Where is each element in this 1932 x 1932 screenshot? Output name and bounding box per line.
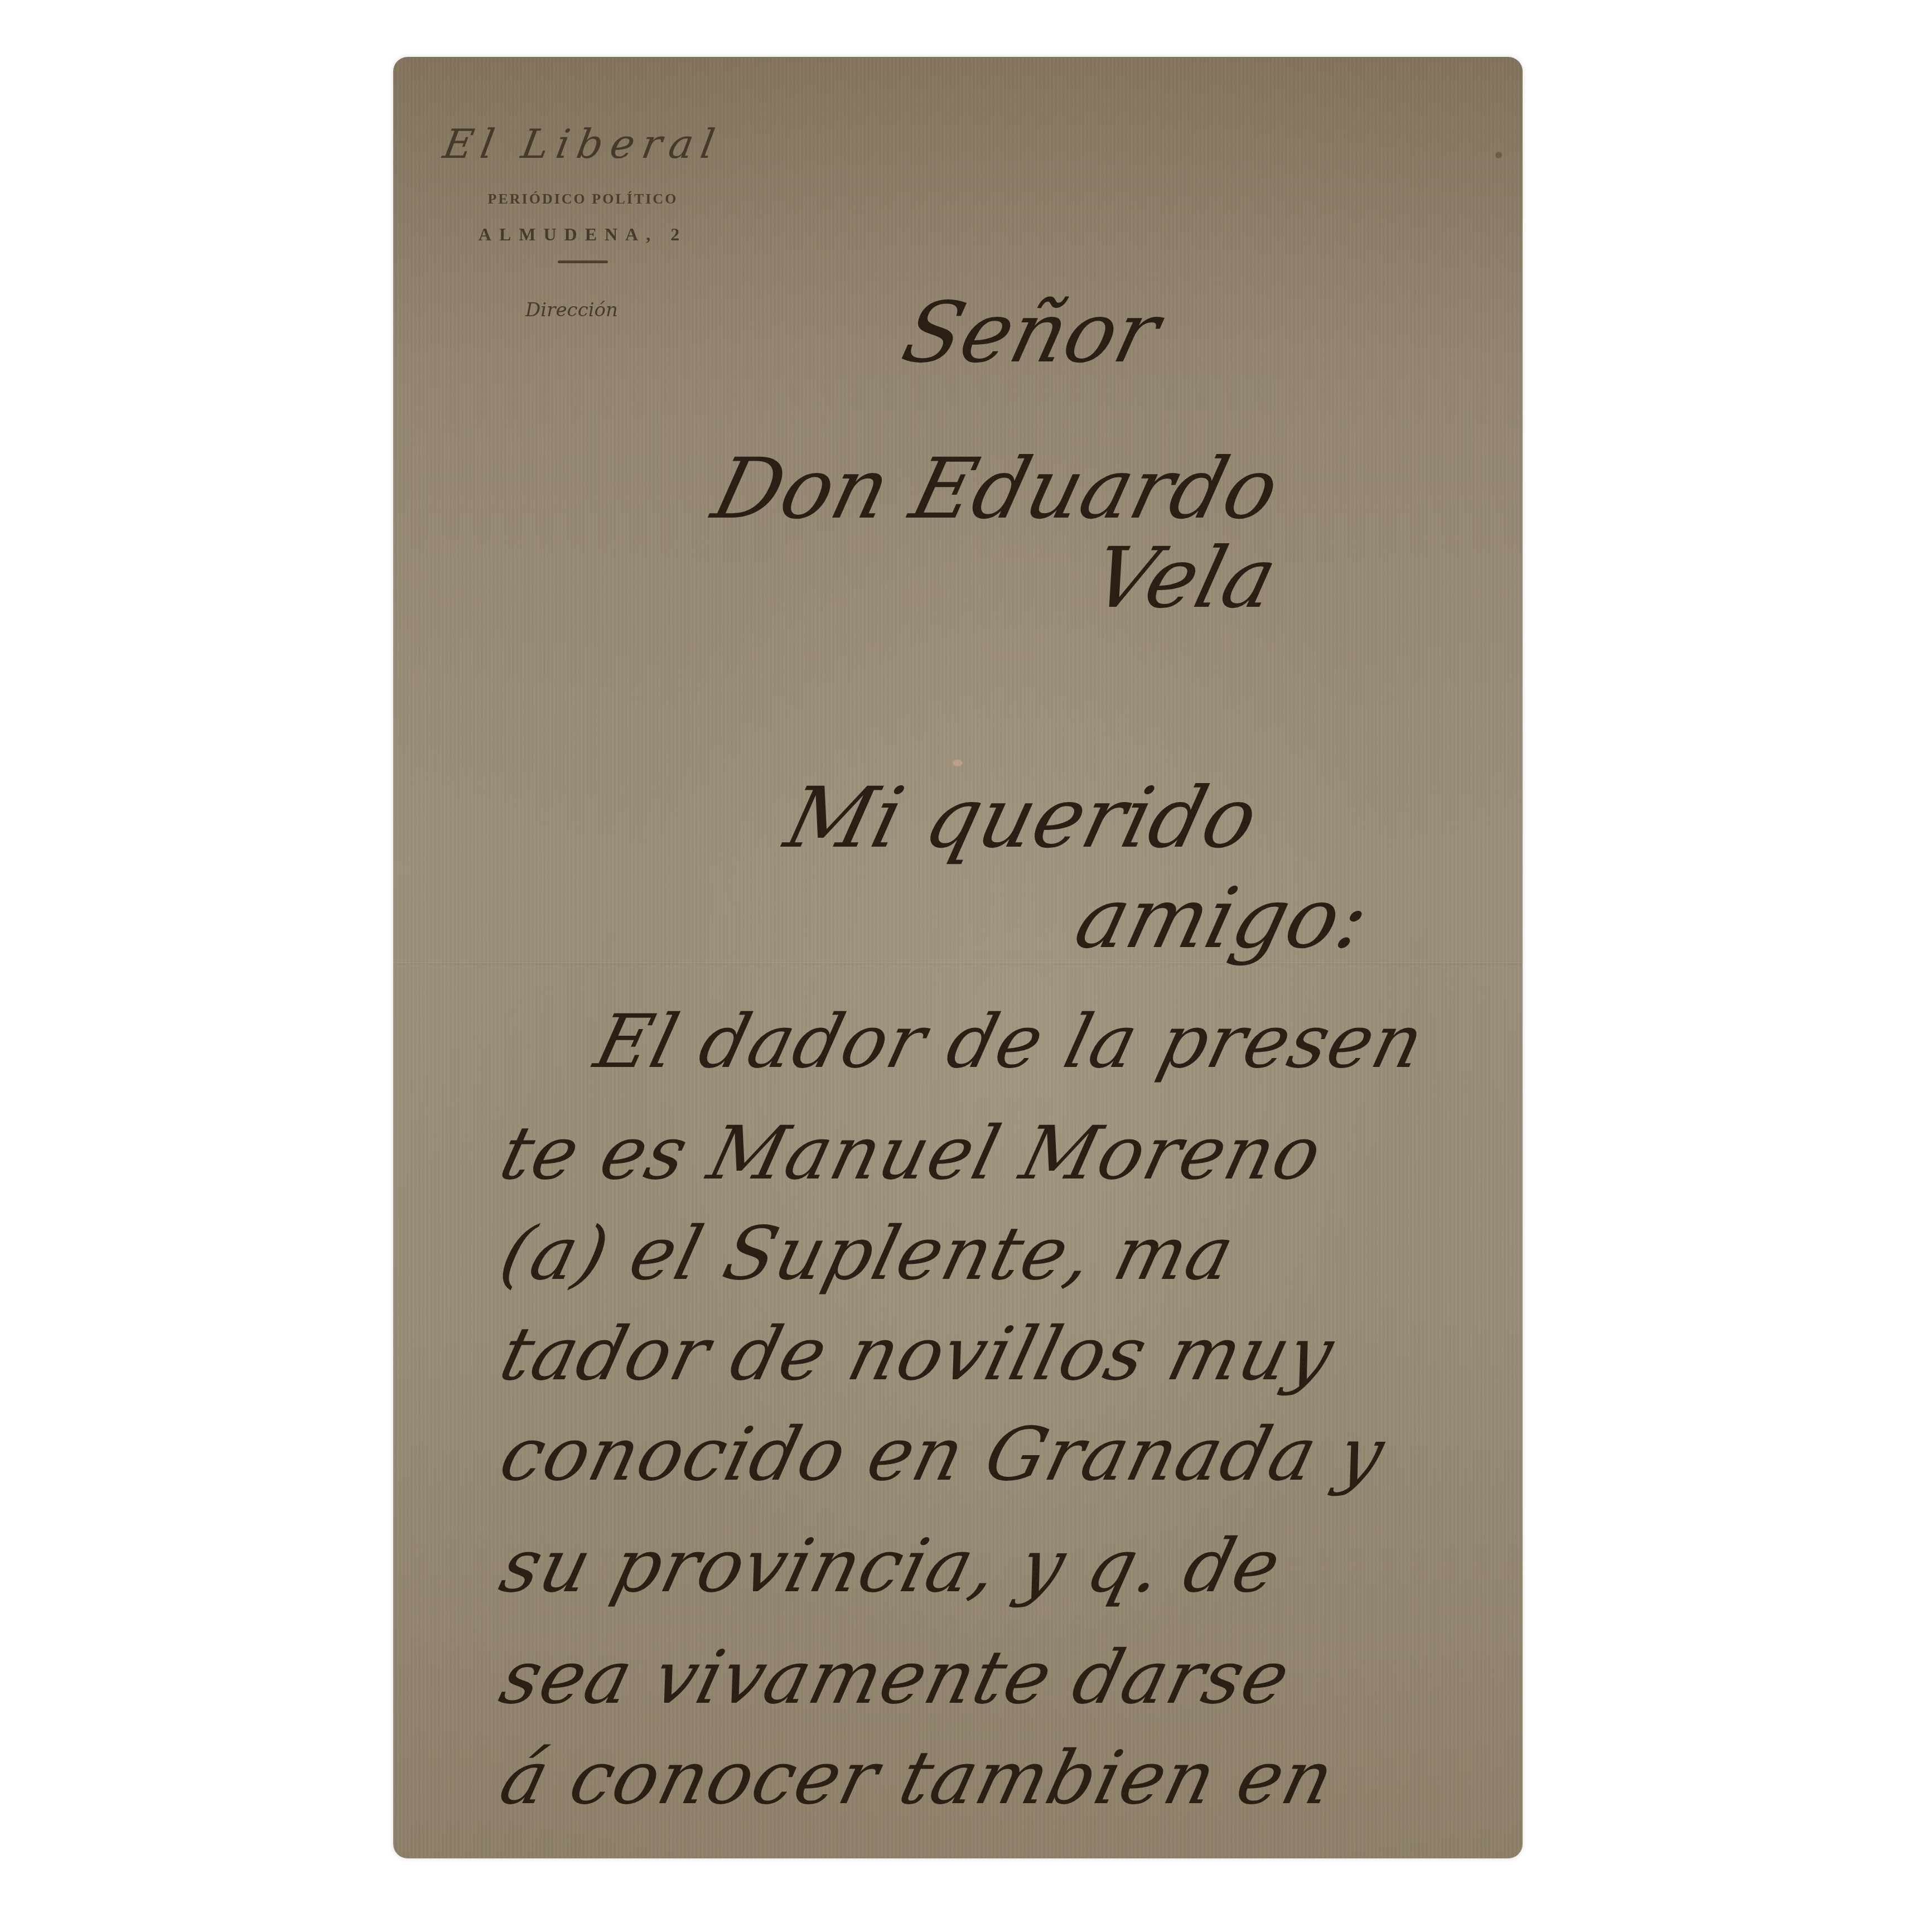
newspaper-address: ALMUDENA, 2: [427, 224, 739, 245]
department-label: Dirección: [404, 299, 739, 321]
body-line: á conocer tambien en: [494, 1741, 1341, 1815]
body-line: (a) el Suplente, ma: [494, 1217, 1242, 1291]
body-line: tador de novillos muy: [494, 1317, 1341, 1391]
body-line: conocido en Granada y: [494, 1418, 1392, 1491]
greeting-line-2: amigo:: [1068, 877, 1377, 960]
newspaper-title: El Liberal: [423, 124, 743, 164]
newspaper-subtitle: PERIÓDICO POLÍTICO: [427, 191, 739, 207]
ornamental-rule: [558, 260, 608, 263]
letterhead: El Liberal PERIÓDICO POLÍTICO ALMUDENA, …: [427, 124, 739, 321]
body-line: sea vivamente darse: [494, 1641, 1297, 1714]
recipient-title: Señor: [895, 291, 1167, 375]
greeting-line-1: Mi querido: [778, 776, 1266, 860]
paper-blemish: [953, 760, 963, 766]
paper-blemish: [1495, 152, 1502, 158]
letter-sheet: El Liberal PERIÓDICO POLÍTICO ALMUDENA, …: [393, 57, 1523, 1858]
recipient-surname: Vela: [1085, 537, 1284, 620]
body-line: El dador de la presen: [588, 1005, 1432, 1079]
body-line: su provincia, y q. de: [494, 1529, 1288, 1603]
recipient-name: Don Eduardo: [706, 447, 1287, 531]
body-line: te es Manuel Moreno: [494, 1117, 1329, 1190]
